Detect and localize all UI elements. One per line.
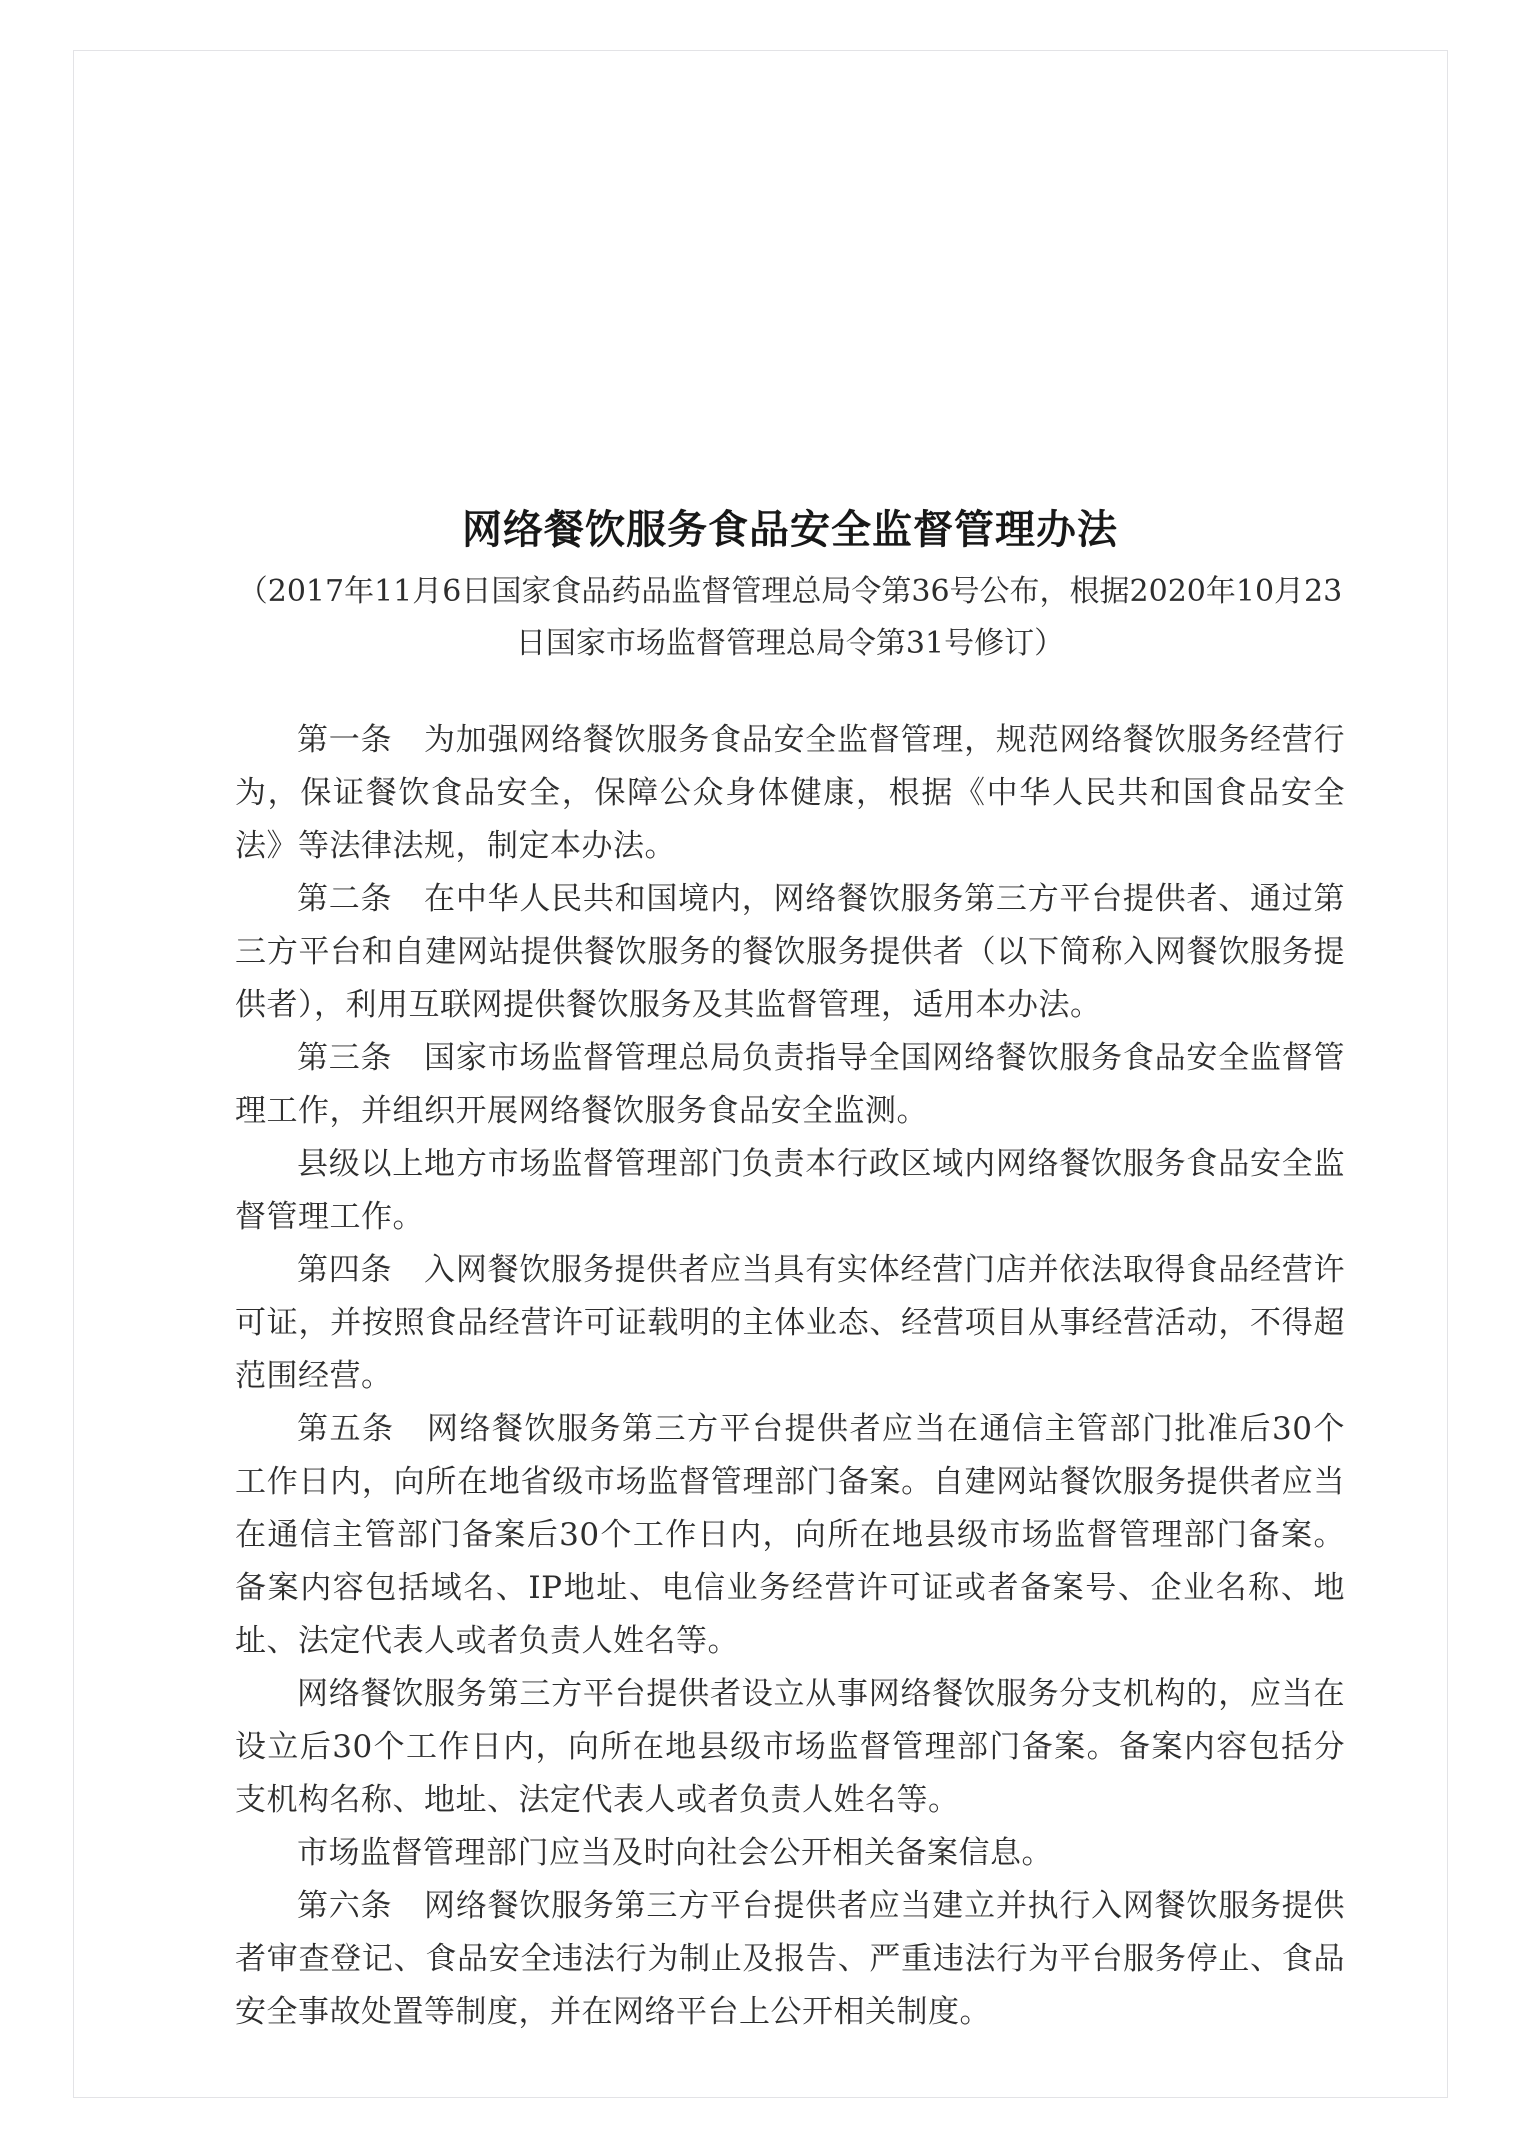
document-content: 网络餐饮服务食品安全监督管理办法 （2017年11月6日国家食品药品监督管理总局… <box>74 51 1447 2097</box>
document-subtitle-line-2: 日国家市场监督管理总局令第31号修订） <box>235 618 1345 670</box>
article-paragraph: 第三条 国家市场监督管理总局负责指导全国网络餐饮服务食品安全监督管理工作，并组织… <box>235 1032 1345 1138</box>
document-subtitle-line-1: （2017年11月6日国家食品药品监督管理总局令第36号公布，根据2020年10… <box>235 566 1345 618</box>
article-paragraph: 市场监督管理部门应当及时向社会公开相关备案信息。 <box>235 1827 1345 1880</box>
document-title: 网络餐饮服务食品安全监督管理办法 <box>235 51 1345 554</box>
article-paragraph: 第四条 入网餐饮服务提供者应当具有实体经营门店并依法取得食品经营许可证，并按照食… <box>235 1244 1345 1403</box>
article-paragraph: 县级以上地方市场监督管理部门负责本行政区域内网络餐饮服务食品安全监督管理工作。 <box>235 1138 1345 1244</box>
article-paragraph: 第五条 网络餐饮服务第三方平台提供者应当在通信主管部门批准后30个工作日内，向所… <box>235 1403 1345 1668</box>
document-subtitle: （2017年11月6日国家食品药品监督管理总局令第36号公布，根据2020年10… <box>235 566 1345 670</box>
document-body: 第一条 为加强网络餐饮服务食品安全监督管理，规范网络餐饮服务经营行为，保证餐饮食… <box>235 714 1345 2039</box>
article-paragraph: 网络餐饮服务第三方平台提供者设立从事网络餐饮服务分支机构的，应当在设立后30个工… <box>235 1668 1345 1827</box>
document-page: 网络餐饮服务食品安全监督管理办法 （2017年11月6日国家食品药品监督管理总局… <box>73 50 1448 2098</box>
article-paragraph: 第二条 在中华人民共和国境内，网络餐饮服务第三方平台提供者、通过第三方平台和自建… <box>235 873 1345 1032</box>
article-paragraph: 第六条 网络餐饮服务第三方平台提供者应当建立并执行入网餐饮服务提供者审查登记、食… <box>235 1880 1345 2039</box>
article-paragraph: 第一条 为加强网络餐饮服务食品安全监督管理，规范网络餐饮服务经营行为，保证餐饮食… <box>235 714 1345 873</box>
